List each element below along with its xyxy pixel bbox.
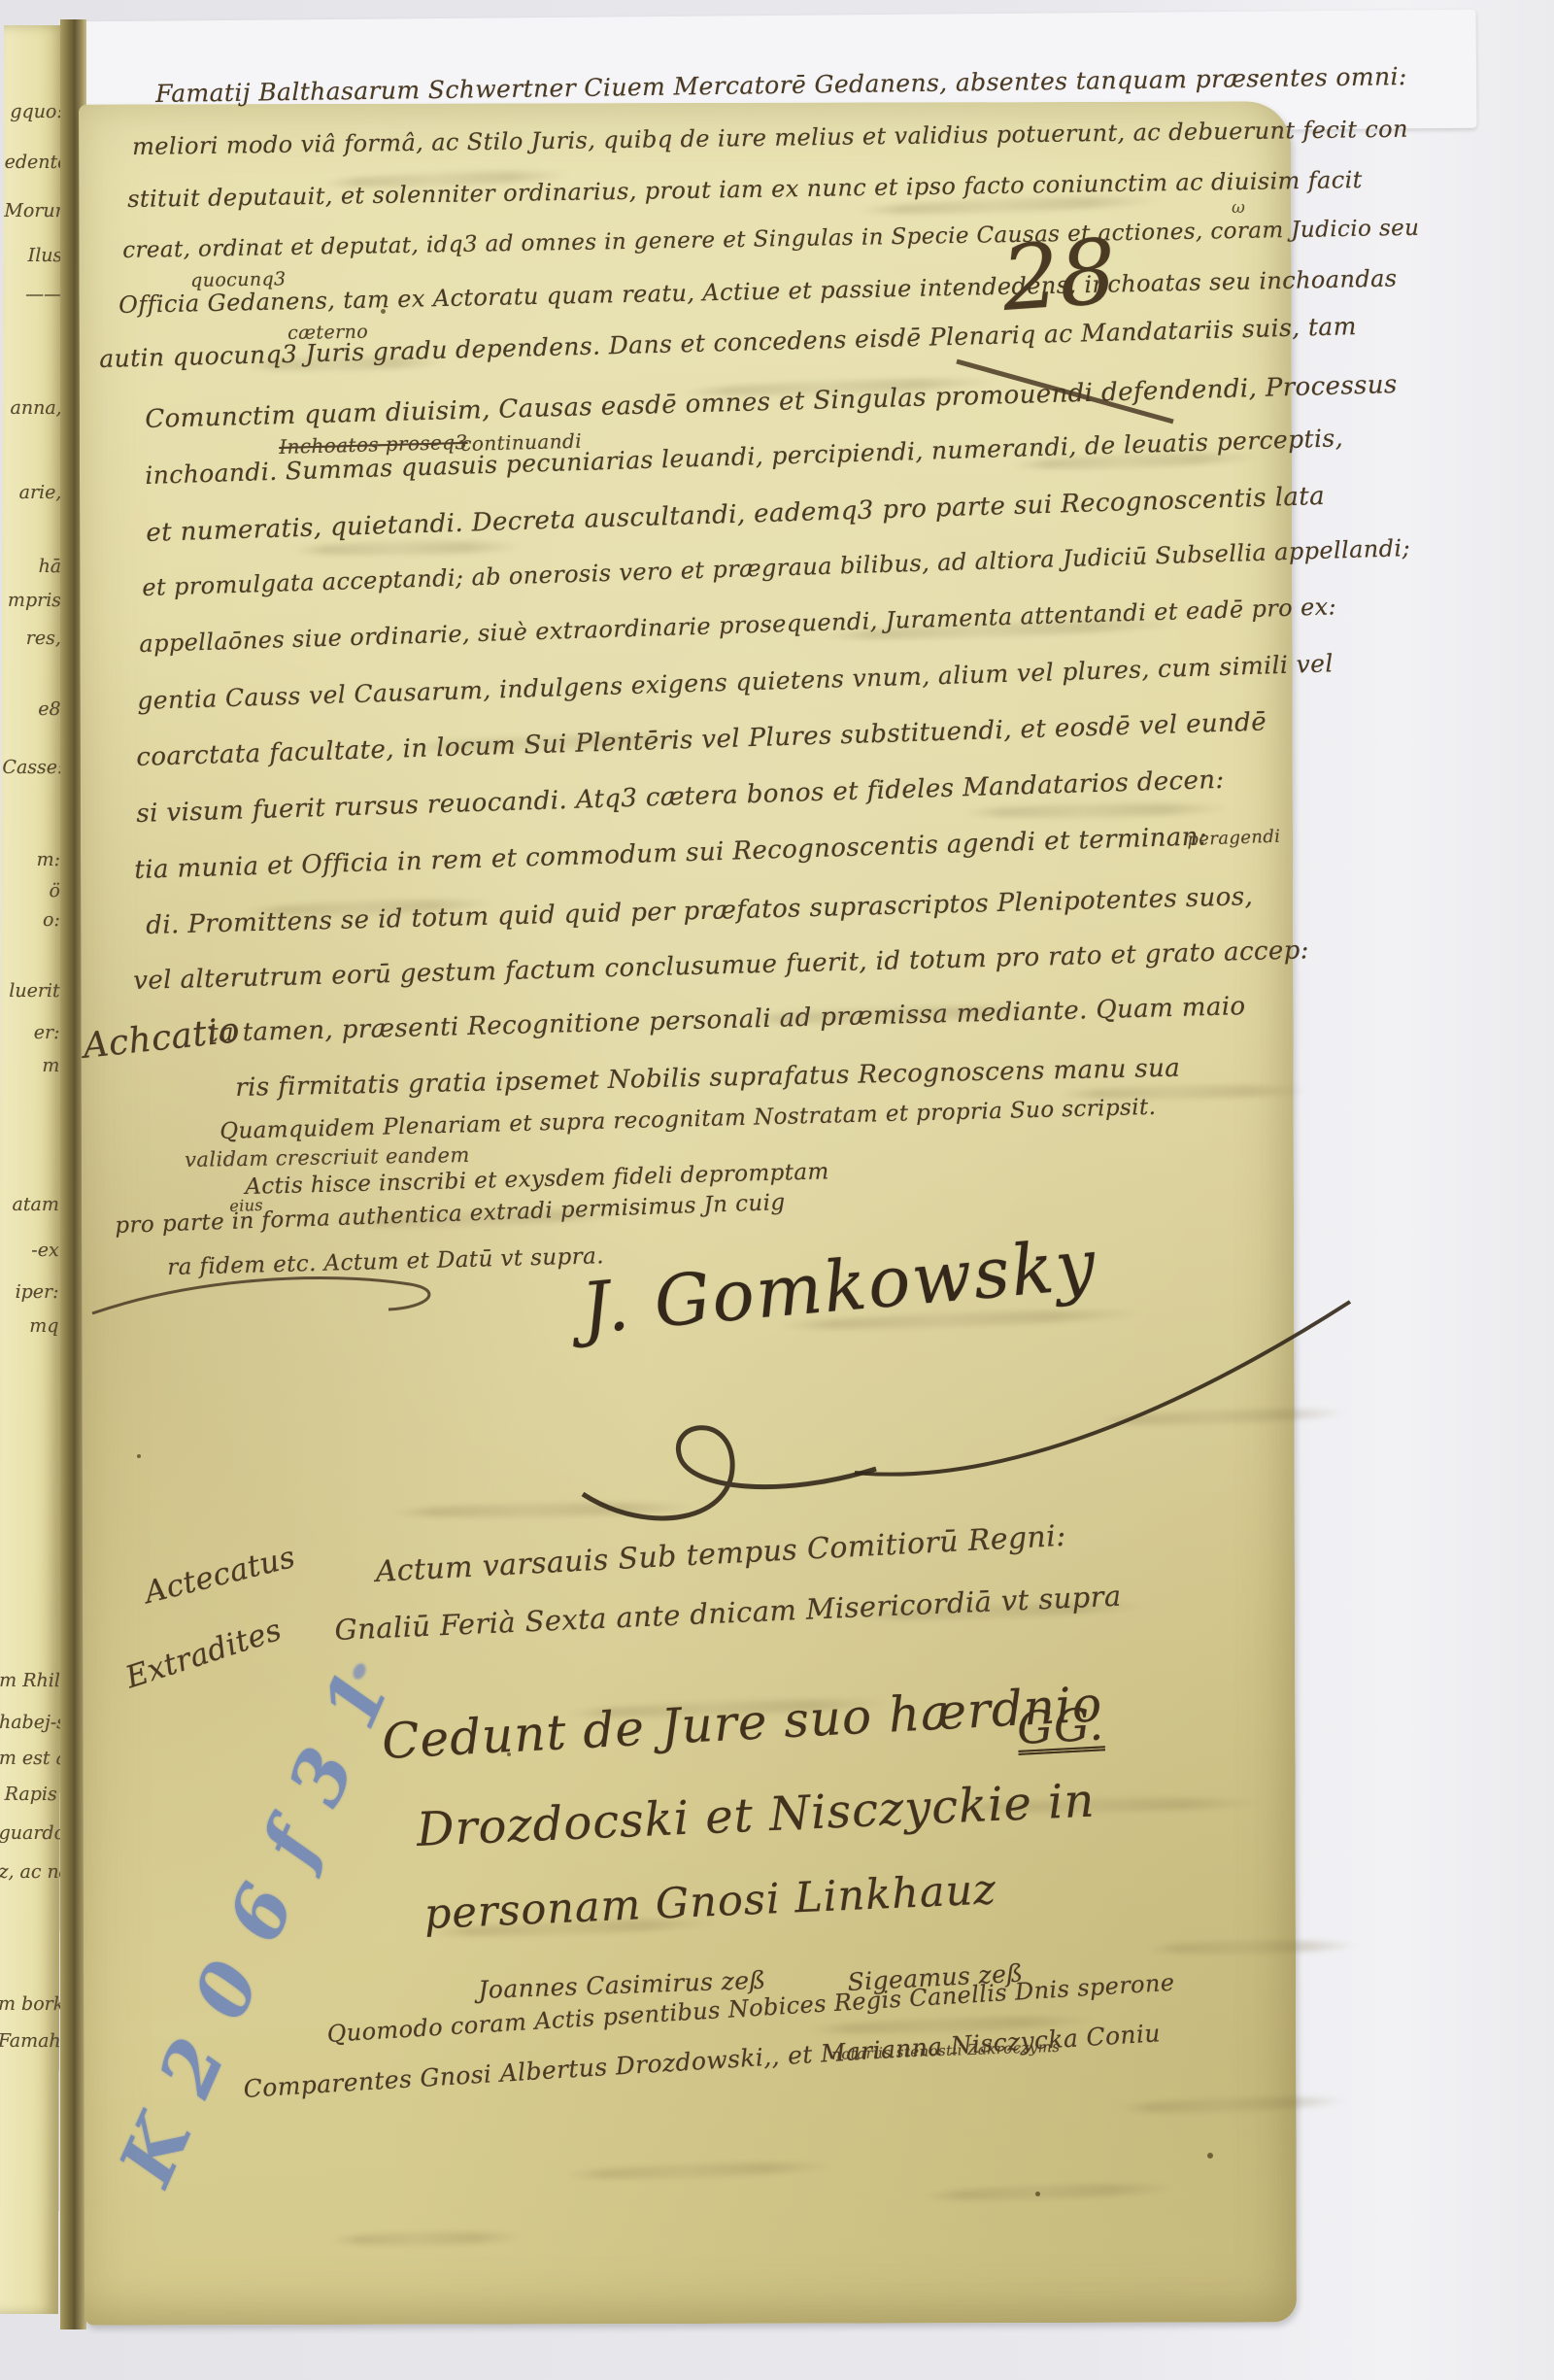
interlinear-note: eius	[229, 1198, 263, 1214]
manuscript-line: di. Promittens se id totum quid quid per…	[146, 884, 1253, 938]
manuscript-line: et promulgata acceptandi; ab onerosis ve…	[142, 536, 1410, 599]
corner-pen-squiggle: ω	[1232, 198, 1245, 218]
manuscript-text-layer: Famatij Balthasarum Schwertner Ciuem Mer…	[0, 0, 1554, 2380]
section-heading: GG.	[1016, 1701, 1105, 1751]
page-number: 28	[999, 227, 1119, 324]
archival-number-blue: K206f31	[109, 1631, 414, 2194]
manuscript-line: vel alterutrum eorū gestum factum conclu…	[133, 937, 1309, 994]
manuscript-line: et numeratis, quietandi. Decreta auscult…	[146, 484, 1325, 546]
manuscript-line: tia munia et Officia in rem et commodum …	[134, 824, 1207, 883]
manuscript-line: stituit deputauit, et solenniter ordinar…	[127, 168, 1363, 211]
manuscript-line: coarctata facultate, in locum Sui Plentē…	[136, 709, 1267, 770]
manuscript-line: ta tamen, præsenti Recognitione personal…	[208, 994, 1246, 1046]
interlinear-note: peragendi	[1187, 829, 1281, 849]
margin-note: Achcatio	[82, 1013, 242, 1065]
interlinear-note: cæterno	[287, 323, 368, 343]
section-heading: Cedunt de Jure suo hærdnio	[381, 1680, 1103, 1766]
section-heading: personam Gnosi Linkhauz	[423, 1869, 997, 1936]
manuscript-line: Actum varsauis Sub tempus Comitiorū Regn…	[375, 1522, 1066, 1587]
manuscript-line: appellaōnes siue ordinarie, siuè extraor…	[139, 595, 1336, 656]
manuscript-line: creat, ordinat et deputat, idq3 ad omnes…	[122, 218, 1420, 262]
manuscript-line: gentia Causs vel Causarum, indulgens exi…	[137, 651, 1334, 713]
margin-note: Actecatus	[142, 1543, 298, 1609]
manuscript-line: validam crescriuit eandem	[185, 1145, 470, 1171]
manuscript-line: pro parte in forma authentica extradi pe…	[115, 1192, 786, 1238]
manuscript-line: Officia Gedanens, tam ex Actoratu quam r…	[118, 266, 1398, 317]
manuscript-line: Gnaliū Ferià Sexta ante dnicam Misericor…	[334, 1582, 1122, 1645]
interlinear-note: Inchoatos proseq3	[279, 432, 468, 457]
manuscript-line: ris firmitatis gratia ipsemet Nobilis su…	[235, 1056, 1180, 1101]
margin-note: Extradites	[122, 1615, 286, 1694]
manuscript-line: ra fidem etc. Actum et Datū vt supra.	[167, 1245, 604, 1279]
manuscript-scan: gquo:edentesMorumIlus——anna,arie,hāmpris…	[0, 0, 1554, 2380]
manuscript-line: meliori modo viâ formâ, ac Stilo Juris, …	[132, 118, 1408, 158]
interlinear-note: quocunq3	[190, 270, 287, 290]
section-heading: Drozdocski et Nisczyckie in	[416, 1778, 1096, 1853]
manuscript-line: Comunctim quam diuisim, Causas easdē omn…	[145, 372, 1398, 432]
manuscript-line: si visum fuerit rursus reuocandi. Atq3 c…	[136, 767, 1225, 827]
interlinear-note: continuandi	[460, 431, 582, 454]
manuscript-line: Famatij Balthasarum Schwertner Ciuem Mer…	[155, 64, 1407, 106]
manuscript-line: Quamquidem Plenariam et supra recognitam…	[220, 1097, 1157, 1143]
